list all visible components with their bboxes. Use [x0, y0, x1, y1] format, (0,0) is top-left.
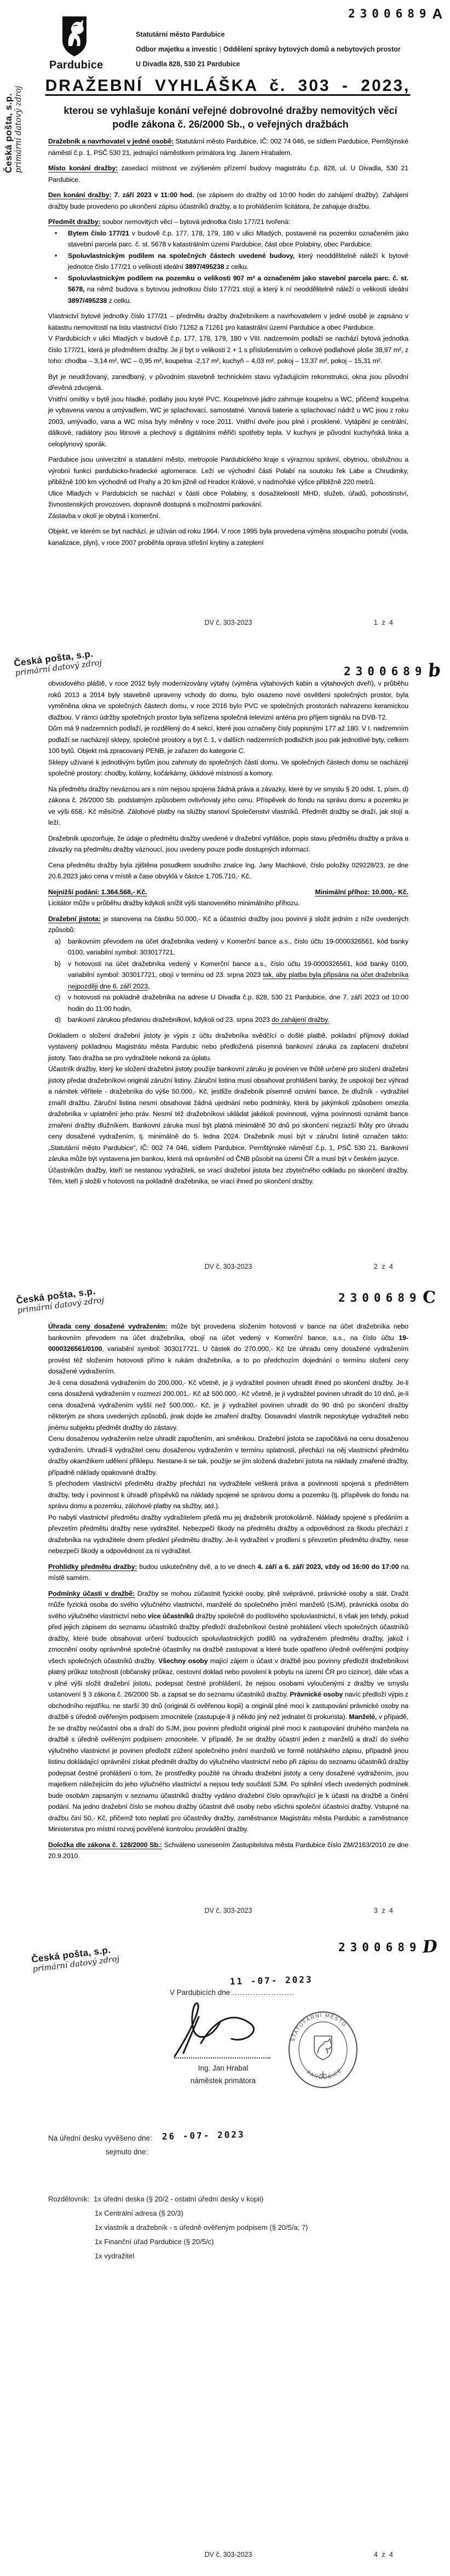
text-run: Cena předmětu dražby byla zjištěna posud… [48, 861, 408, 881]
list-marker: a) [55, 936, 61, 947]
text-run: 3897/495238 [68, 297, 107, 304]
header-dept-left: Odbor majetku a investic [136, 45, 217, 53]
distribution-item-text: 1x vydražitel [95, 2252, 134, 2260]
text-run: soubor nemovitých věcí – bytová jednotka… [101, 218, 290, 226]
text-run: Spoluvlastnickým podílem na společných č… [68, 252, 295, 260]
distribution-item-text: 1x Finanční úřad Pardubice (§ 20/5/c) [95, 2238, 214, 2246]
paragraph: obvodového pláště, v roce 2012 byly mode… [48, 678, 408, 723]
paragraph: Vnitřní omítky v bytě jsou hladké, podla… [48, 394, 408, 450]
paragraph: Nejnižší podání: 1.364.568,- Kč.Minimáln… [48, 887, 408, 898]
serial-letter: b [427, 659, 442, 681]
removed-line: sejmuto dne: [106, 2148, 148, 2156]
paragraph: Zástavba v okolí je obytná i komerční. [48, 510, 408, 522]
distribution-item: 1x Centrální adresa (§ 20/3) [48, 2206, 308, 2221]
serial-letter: A [432, 5, 443, 22]
text-run: z celku. [107, 297, 131, 304]
official-round-seal-icon: STATUTÁRNÍ MĚSTO PARDUBICE [285, 2010, 361, 2092]
text-run: 4. září a 6. září 2023, vždy od 16:00 do… [257, 1563, 399, 1571]
paragraph: S přechodem vlastnictví předmětu dražby … [48, 1478, 408, 1512]
text-run: 7. září 2023 v 11:00 hod. [112, 191, 194, 199]
text-run: Cenu dosaženou vydražením nelze uhradit … [48, 1435, 408, 1476]
paragraph: Je-li cena dosažená vydražením do 200.00… [48, 1377, 408, 1434]
text-run: Zástavba v okolí je obytná i komerční. [48, 512, 160, 520]
ceska-posta-stamp: Česká pošta, s.p. primární datový zdroj [15, 1285, 105, 1315]
posted-date-stamp: 26 -07- 2023 [162, 2129, 245, 2142]
text-run: Předmět dražby: [48, 218, 101, 226]
list-item: •Spoluvlastnickým podílem na pozemku o v… [48, 273, 408, 307]
text-run: Minimální příhoz: 10.000,- Kč. [315, 888, 408, 896]
minimum-increment: Minimální příhoz: 10.000,- Kč. [315, 887, 408, 898]
text-run: Doložka dle zákona č. 128/2000 Sb.: [48, 1841, 162, 1849]
footer-page-number: 2 z 4 [374, 1263, 394, 1270]
paragraph: Licitátor může v průběhu dražby kdykoli … [48, 898, 408, 909]
paragraph: Dražebník upozorňuje, že údaje o předmět… [48, 833, 408, 855]
distribution-item: 1x vydražitel [48, 2249, 308, 2263]
page-3-body: Úhrada ceny dosažené vydražením: může bý… [48, 1321, 408, 1862]
text-run: Úhrada ceny dosažené vydražením: [48, 1323, 167, 1330]
signature-dotted-line [174, 2057, 270, 2058]
pardubice-coat-of-arms-icon [61, 15, 88, 61]
serial-number-stamp: 2300689C [338, 1288, 435, 1307]
list-marker: • [55, 273, 57, 284]
text-run: Bytem číslo 177/21 [68, 229, 129, 237]
text-run: v hotovosti na pokladně dražebníka na ad… [68, 993, 408, 1013]
paragraph: Dražebník a navrhovatel v jedné osobě: S… [48, 136, 408, 158]
paragraph: Úhrada ceny dosažené vydražením: může bý… [48, 1321, 408, 1377]
list-item: d)bankovní zárukou předanou dražebníkovi… [48, 1014, 408, 1026]
page-1-body: Dražebník a navrhovatel v jedné osobě: S… [48, 136, 408, 548]
serial-digits: 2300689 [338, 1291, 422, 1304]
header-org-block: Statutární město Pardubice Odbor majetku… [136, 27, 401, 72]
paragraph: Dům má 9 nadzemních podlaží, je rozdělen… [48, 723, 408, 757]
header-org-name: Statutární město Pardubice [136, 27, 401, 42]
text-run: Prohlídky předmětu dražby: [48, 1563, 137, 1571]
document-subtitle: kterou se vyhlašuje konání veřejné dobro… [49, 104, 412, 131]
list-marker: • [55, 250, 57, 262]
text-run: Dražebník a navrhovatel v jedné osobě: [48, 137, 174, 145]
document-page-3: Česká pošta, s.p. primární datový zdroj … [0, 1276, 450, 1919]
text-run: na němž budova s bytovou jednotkou číslo… [85, 285, 408, 293]
paragraph: Prohlídky předmětu dražby: budou uskuteč… [48, 1561, 408, 1584]
paragraph: Na předmětu dražby neváznou ani s ním ne… [48, 784, 408, 829]
list-marker: c) [55, 992, 60, 1003]
text-run: Dražebník upozorňuje, že údaje o předmět… [48, 835, 408, 854]
page-2-body: obvodového pláště, v roce 2012 byly mode… [48, 678, 408, 1187]
paragraph: Předmět dražby: soubor nemovitých věcí –… [48, 216, 408, 228]
text-run: Právnické osoby [290, 1691, 343, 1698]
serial-digits: 2300689 [348, 7, 431, 20]
text-run: bankovní zárukou předanou dražebníkovi, … [68, 1016, 272, 1024]
header-address: U Divadla 828, 530 21 Pardubice [136, 57, 401, 72]
text-run: Účastníkům dražby, kteří se nestanou vyd… [48, 1166, 408, 1186]
footer-page-number: 4 z 4 [374, 2551, 394, 2558]
footer-doc-number: DV č. 303-2023 [48, 1263, 408, 1270]
serial-letter: D [422, 1936, 438, 1957]
text-run: Pardubice jsou univerzitní a statutární … [48, 456, 408, 486]
postal-stamp-line2: primární datový zdroj [14, 36, 23, 173]
serial-letter: C [422, 1287, 436, 1308]
lowest-bid: Nejnižší podání: 1.364.568,- Kč. [48, 887, 147, 898]
text-run: více účastníků [148, 1612, 194, 1620]
paragraph: Dražební jistota: je stanovena na částku… [48, 913, 408, 936]
text-run: v případě, že se dražby neúčastní oba a … [48, 1713, 408, 1833]
text-run: Manželé, [349, 1713, 377, 1721]
distribution-label: Rozdělovník: [48, 2195, 94, 2203]
footer-doc-number: DV č. 303-2023 [48, 1907, 408, 1914]
footer-doc-number: DV č. 303-2023 [48, 2551, 408, 2558]
serial-number-stamp: 2300689D [338, 1937, 437, 1957]
text-run: Je-li cena dosažená vydražením do 200.00… [48, 1379, 408, 1431]
posted-label: Na úřední desku vyvěšeno dne: [48, 2134, 152, 2142]
paragraph: Sklepy užívané k jednotlivým bytům jsou … [48, 757, 408, 779]
text-run: bankovním převodem na účet dražebníka ve… [68, 938, 408, 957]
text-run: Vlastnictví bytové jednotky číslo 177/21… [48, 312, 408, 331]
list-marker: b) [55, 958, 61, 970]
dotted-line: ........................ [232, 1988, 295, 1997]
text-run: Objekt, ve kterém se byt nachází, je uží… [48, 527, 408, 547]
serial-digits: 2300689 [338, 1941, 422, 1954]
distribution-item-text: 1x vlastník a dražebník - s úředně ověře… [95, 2223, 308, 2232]
paragraph: Místo konání dražby: zasedací místnost v… [48, 163, 408, 185]
distribution-item: Rozdělovník:1x úřední deska (§ 20/2 - os… [48, 2192, 308, 2206]
document-page-4: Česká pošta, s.p. primární datový zdroj … [0, 1919, 450, 2576]
paragraph: Podmínky účasti v dražbě: Dražby se moho… [48, 1588, 408, 1835]
list-item: •Spoluvlastnickým podílem na společných … [48, 250, 408, 273]
text-run: Všechny osoby [158, 1657, 208, 1665]
text-run: obvodového pláště, v roce 2012 byly mode… [48, 680, 408, 721]
paragraph: Vlastnictví bytové jednotky číslo 177/21… [48, 311, 408, 333]
list-item: b)v hotovosti na účet dražebníka vedený … [48, 958, 408, 992]
text-run: Nejnižší podání: 1.364.568,- Kč. [48, 888, 147, 896]
list-item: c)v hotovosti na pokladně dražebníka na … [48, 992, 408, 1014]
paragraph: Doložka dle zákona č. 128/2000 Sb.: Schv… [48, 1839, 408, 1862]
distribution-item: 1x vlastník a dražebník - s úředně ověře… [48, 2221, 308, 2235]
text-run: Na předmětu dražby neváznou ani s ním ne… [48, 785, 408, 827]
list-marker: d) [55, 1014, 61, 1026]
distribution-item-text: 1x Centrální adresa (§ 20/3) [95, 2209, 183, 2217]
signer-role: náměstek primátora [164, 2077, 282, 2085]
text-run: Den konání dražby: [48, 191, 112, 199]
paragraph: Den konání dražby: 7. září 2023 v 11:00 … [48, 189, 408, 212]
place-date-label: V Pardubicích dne [170, 1988, 232, 1997]
text-run: budou uskutečněny dvě, a to ve dnech [137, 1563, 257, 1571]
footer-doc-number: DV č. 303-2023 [48, 619, 408, 626]
serial-number-stamp: 2300689A [348, 5, 442, 22]
logo-city-label: Pardubice [49, 59, 103, 72]
signer-name: Ing. Jan Hrabal [164, 2064, 282, 2072]
document-page-2: Česká pošta, s.p. primární datový zdroj … [0, 646, 450, 1276]
ceska-posta-stamp: Česká pošta, s.p. primární datový zdroj [13, 647, 102, 677]
footer-page-number: 3 z 4 [374, 1907, 394, 1914]
paragraph: Cenu dosaženou vydražením nelze uhradit … [48, 1433, 408, 1478]
distribution-item-text: 1x úřední deska (§ 20/2 - ostatní úřední… [94, 2195, 263, 2203]
text-run: S přechodem vlastnictví předmětu dražby … [48, 1480, 408, 1510]
ceska-posta-stamp: Česká pošta, s.p. primární datový zdroj [31, 1944, 120, 1974]
date-stamp: 11 -07- 2023 [230, 1974, 313, 1987]
list-marker: • [55, 228, 57, 239]
ceska-posta-stamp: Česká pošta, s.p. primární datový zdroj [3, 36, 27, 173]
text-run: , [148, 982, 149, 990]
footer-page-number: 1 z 4 [374, 619, 394, 626]
header-dept-right: Oddělení správy bytových domů a nebytový… [223, 45, 401, 53]
paragraph: Ulice Mladých v Pardubicích se nachází v… [48, 488, 408, 510]
text-run: V Pardubicích v ulici Mladých v budově č… [48, 335, 408, 365]
document-page-1: Česká pošta, s.p. primární datový zdroj … [0, 0, 450, 646]
text-run: Ulice Mladých v Pardubicích se nachází v… [48, 490, 408, 509]
paragraph: Účastník dražby, který ke složení dražeb… [48, 1063, 408, 1165]
text-run: je stanovena na částku 50.000,- Kč a úča… [48, 915, 408, 934]
list-item: •Bytem číslo 177/21 v budově č.p. 177, 1… [48, 228, 408, 250]
text-run: Místo konání dražby: [48, 164, 118, 172]
text-run: do zahájení dražby. [272, 1016, 329, 1024]
header-dept-line: Odbor majetku a investic|Oddělení správy… [136, 42, 401, 57]
list-item: a)bankovním převodem na účet dražebníka … [48, 936, 408, 958]
text-run: Byt je neudržovaný, zanedbaný, v původní… [48, 373, 408, 392]
paragraph: Účastníkům dražby, kteří se nestanou vyd… [48, 1165, 408, 1187]
signature-icon [167, 1999, 276, 2063]
text-run: Sklepy užívané k jednotlivým bytům jsou … [48, 758, 408, 778]
text-run: Licitátor může v průběhu dražby kdykoli … [48, 899, 299, 907]
text-run: Dokladem o složení dražební jistoty je v… [48, 1032, 408, 1062]
scanned-document: Česká pošta, s.p. primární datový zdroj … [0, 0, 450, 2576]
paragraph: V Pardubicích v ulici Mladých v budově č… [48, 333, 408, 367]
text-run: Podmínky účasti v dražbě: [48, 1590, 135, 1597]
text-run: Dražební jistota: [48, 915, 101, 923]
paragraph: Cena předmětu dražby byla zjištěna posud… [48, 860, 408, 882]
text-run: Po nabytí vlastnictví předmětu dražby vy… [48, 1514, 408, 1555]
posted-line: Na úřední desku vyvěšeno dne: [48, 2134, 152, 2142]
paragraph: Byt je neudržovaný, zanedbaný, v původní… [48, 371, 408, 394]
serial-digits: 2300689 [344, 665, 427, 678]
paragraph: Dokladem o složení dražební jistoty je v… [48, 1030, 408, 1064]
text-run: 3897/495238 [185, 263, 224, 271]
separator: | [217, 45, 223, 53]
text-run: Vnitřní omítky v bytě jsou hladké, podla… [48, 395, 408, 448]
postal-stamp-line1: Česká pošta, s.p. [3, 36, 14, 173]
paragraph: Po nabytí vlastnictví předmětu dražby vy… [48, 1512, 408, 1557]
paragraph: Objekt, ve kterém se byt nachází, je uží… [48, 526, 408, 548]
distribution-list: Rozdělovník:1x úřední deska (§ 20/2 - os… [48, 2192, 308, 2263]
paragraph: Pardubice jsou univerzitní a statutární … [48, 454, 408, 488]
text-run: z celku. [224, 263, 249, 271]
text-run: Dům má 9 nadzemních podlaží, je rozdělen… [48, 725, 408, 755]
svg-text:STATUTÁRNÍ MĚSTO: STATUTÁRNÍ MĚSTO [290, 2013, 348, 2043]
document-title: DRAŽEBNÍ VYHLÁŠKA č. 303 - 2023, [22, 77, 434, 95]
distribution-item: 1x Finanční úřad Pardubice (§ 20/5/c) [48, 2235, 308, 2249]
place-date-line: V Pardubicích dne ......................… [170, 1988, 295, 1997]
text-run: Účastník dražby, který ke složení dražeb… [48, 1065, 408, 1163]
svg-text:PARDUBICE: PARDUBICE [305, 2067, 344, 2081]
text-run: , variabilní symbol: 303017721. U částek… [48, 1345, 408, 1375]
